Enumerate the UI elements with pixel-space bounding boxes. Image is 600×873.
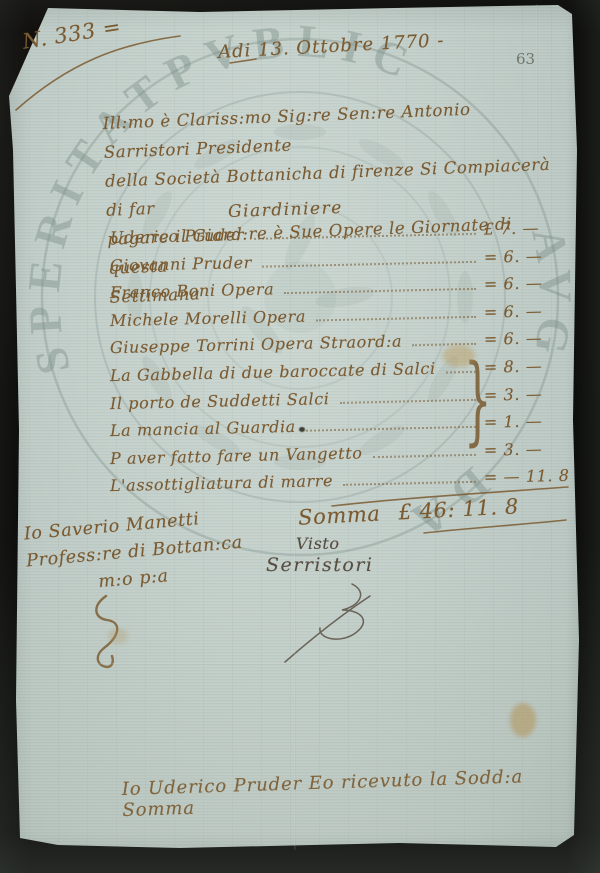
- brace-icon: }: [464, 354, 492, 446]
- item-amount: = 6. —: [484, 328, 562, 349]
- leader-dots: [254, 233, 476, 240]
- item-amount: = 1. —: [484, 411, 562, 432]
- item-label: Giovanni Pruder: [110, 253, 252, 275]
- item-label: L'assottigliatura di marre: [110, 471, 334, 495]
- signature-serristori: Serristori: [266, 554, 374, 576]
- item-amount: = 3. —: [484, 439, 562, 460]
- item-label: Franco Boni Opera: [110, 280, 275, 303]
- list-header: Giardiniere: [228, 198, 343, 222]
- item-amount: £ 7. —: [484, 218, 562, 239]
- item-amount: = 8. —: [484, 356, 562, 377]
- leader-dots: [284, 288, 476, 294]
- item-label: La mancia al Guardia: [110, 417, 296, 440]
- folio-number: 63: [516, 50, 535, 68]
- leader-dots: [306, 426, 476, 432]
- item-amount: = 6. —: [484, 301, 562, 322]
- item-amount: = — 11. 8: [484, 466, 562, 487]
- leader-dots: [316, 316, 476, 322]
- item-amount: = 6. —: [484, 273, 562, 294]
- leader-dots: [340, 398, 476, 403]
- visto-label: Visto: [296, 534, 340, 553]
- leader-dots: [262, 260, 476, 267]
- leader-dots: [373, 454, 476, 458]
- item-amount: = 3. —: [484, 383, 562, 404]
- sum-label: Somma: [298, 501, 382, 529]
- item-label: Michele Morelli Opera: [110, 306, 306, 329]
- document-scan: SPERITAT PVBLIC AVG DA N. 333 = Adi 13. …: [0, 0, 600, 873]
- item-amount: = 6. —: [484, 245, 562, 266]
- expense-list: Uderico Pruder£ 7. — Giovanni Pruder= 6.…: [110, 223, 562, 499]
- item-label: Uderico Pruder: [110, 225, 245, 247]
- leader-dots: [343, 481, 476, 486]
